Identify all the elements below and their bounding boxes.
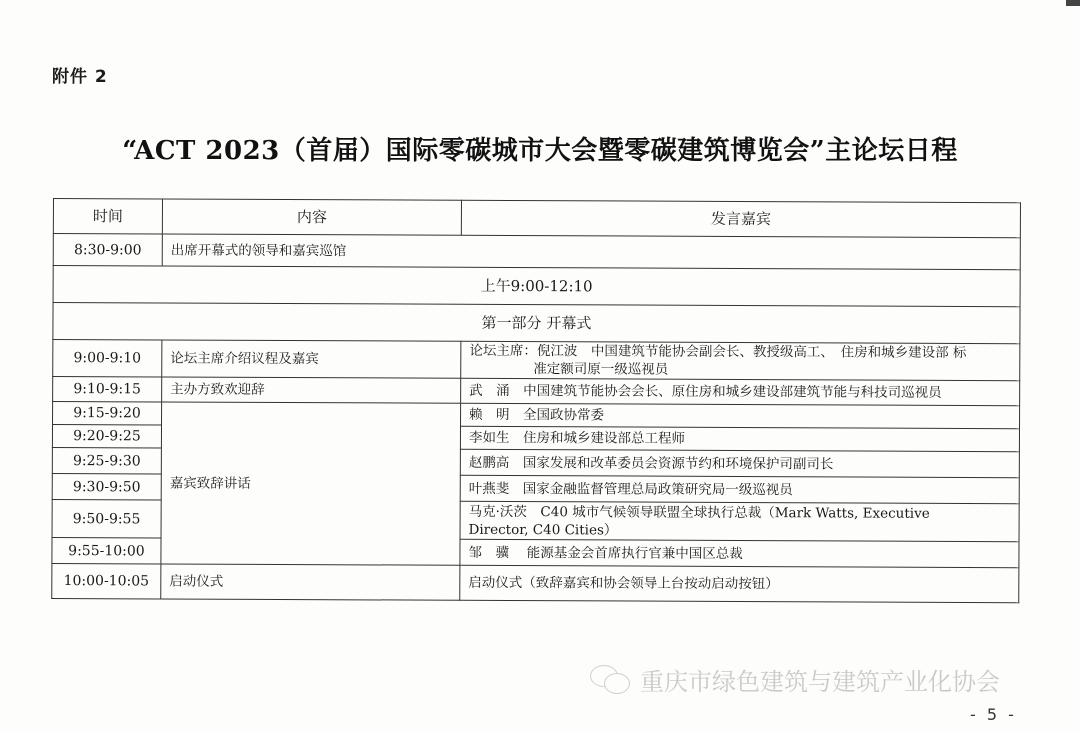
watermark: 重庆市绿色建筑与建筑产业化协会 bbox=[590, 662, 1000, 697]
watermark-text: 重庆市绿色建筑与建筑产业化协会 bbox=[640, 662, 1000, 697]
part-label: 第一部分 开幕式 bbox=[53, 303, 1020, 344]
row-speaker: 赖 明 全国政协常委 bbox=[461, 403, 1020, 428]
speaker-line: Director, C40 Cities） bbox=[469, 521, 618, 538]
row-speaker: 邹 骥 能源基金会首席执行官兼中国区总裁 bbox=[460, 539, 1019, 567]
row-time: 10:00-10:05 bbox=[52, 563, 161, 598]
table-row: 9:00-9:10 论坛主席介绍议程及嘉宾 论坛主席：倪江波 中国建筑节能协会副… bbox=[53, 340, 1020, 381]
row-content: 主办方致欢迎辞 bbox=[162, 377, 461, 403]
row-content: 论坛主席介绍议程及嘉宾 bbox=[162, 340, 461, 378]
part-row: 第一部分 开幕式 bbox=[53, 303, 1020, 344]
scan-edge-mark bbox=[1066, 0, 1080, 6]
row-content: 启动仪式 bbox=[161, 564, 460, 600]
row-time: 8:30-9:00 bbox=[53, 234, 162, 266]
header-content: 内容 bbox=[162, 199, 461, 235]
row-content: 出席开幕式的领导和嘉宾巡馆 bbox=[162, 234, 1020, 270]
speaker-line: 马克·沃茨 C40 城市气候领导联盟全球执行总裁（Mark Watts, Exe… bbox=[469, 503, 930, 521]
row-speaker: 马克·沃茨 C40 城市气候领导联盟全球执行总裁（Mark Watts, Exe… bbox=[460, 501, 1019, 541]
merged-content: 嘉宾致辞讲话 bbox=[161, 402, 461, 565]
row-time: 9:55-10:00 bbox=[52, 537, 161, 563]
session-label: 上午9:00-12:10 bbox=[53, 266, 1020, 307]
schedule-table: 时间 内容 发言嘉宾 8:30-9:00 出席开幕式的领导和嘉宾巡馆 上午9:0… bbox=[51, 198, 1021, 603]
wechat-icon bbox=[590, 665, 632, 695]
row-speaker: 李如生 住房和城乡建设部总工程师 bbox=[460, 426, 1019, 451]
document-title: “ACT 2023（首届）国际零碳城市大会暨零碳建筑博览会”主论坛日程 bbox=[0, 130, 1080, 167]
speaker-line: 论坛主席：倪江波 中国建筑节能协会副会长、教授级高工、 住房和城乡建设部 标 bbox=[469, 343, 966, 361]
attachment-label: 附件 2 bbox=[52, 62, 108, 87]
row-time: 9:25-9:30 bbox=[52, 447, 161, 473]
speaker-line: 准定额司原一级巡视员 bbox=[469, 360, 1011, 380]
row-time: 9:20-9:25 bbox=[52, 425, 161, 448]
header-speaker: 发言嘉宾 bbox=[461, 200, 1020, 237]
table-row: 10:00-10:05 启动仪式 启动仪式（致辞嘉宾和协会领导上台按动启动按钮） bbox=[52, 563, 1019, 602]
row-time: 9:30-9:50 bbox=[52, 473, 161, 499]
row-time: 9:00-9:10 bbox=[53, 340, 162, 377]
row-speaker: 赵鹏高 国家发展和改革委员会资源节约和环境保护司副司长 bbox=[460, 449, 1019, 477]
row-speaker: 启动仪式（致辞嘉宾和协会领导上台按动启动按钮） bbox=[460, 565, 1019, 602]
row-speaker: 武 涌 中国建筑节能协会会长、原住房和城乡建设部建筑节能与科技司巡视员 bbox=[461, 378, 1020, 405]
table-row: 9:15-9:20 嘉宾致辞讲话 赖 明 全国政协常委 bbox=[53, 402, 1020, 429]
row-time: 9:50-9:55 bbox=[52, 499, 161, 537]
header-time: 时间 bbox=[53, 199, 162, 234]
table-header-row: 时间 内容 发言嘉宾 bbox=[53, 199, 1020, 238]
session-row: 上午9:00-12:10 bbox=[53, 266, 1020, 307]
row-speaker: 叶燕斐 国家金融监督管理总局政策研究局一级巡视员 bbox=[460, 475, 1019, 503]
row-speaker: 论坛主席：倪江波 中国建筑节能协会副会长、教授级高工、 住房和城乡建设部 标 准… bbox=[461, 341, 1020, 380]
table-row: 8:30-9:00 出席开幕式的领导和嘉宾巡馆 bbox=[53, 234, 1020, 270]
row-time: 9:15-9:20 bbox=[53, 402, 162, 425]
page-number: - 5 - bbox=[970, 705, 1017, 724]
row-time: 9:10-9:15 bbox=[53, 377, 162, 402]
